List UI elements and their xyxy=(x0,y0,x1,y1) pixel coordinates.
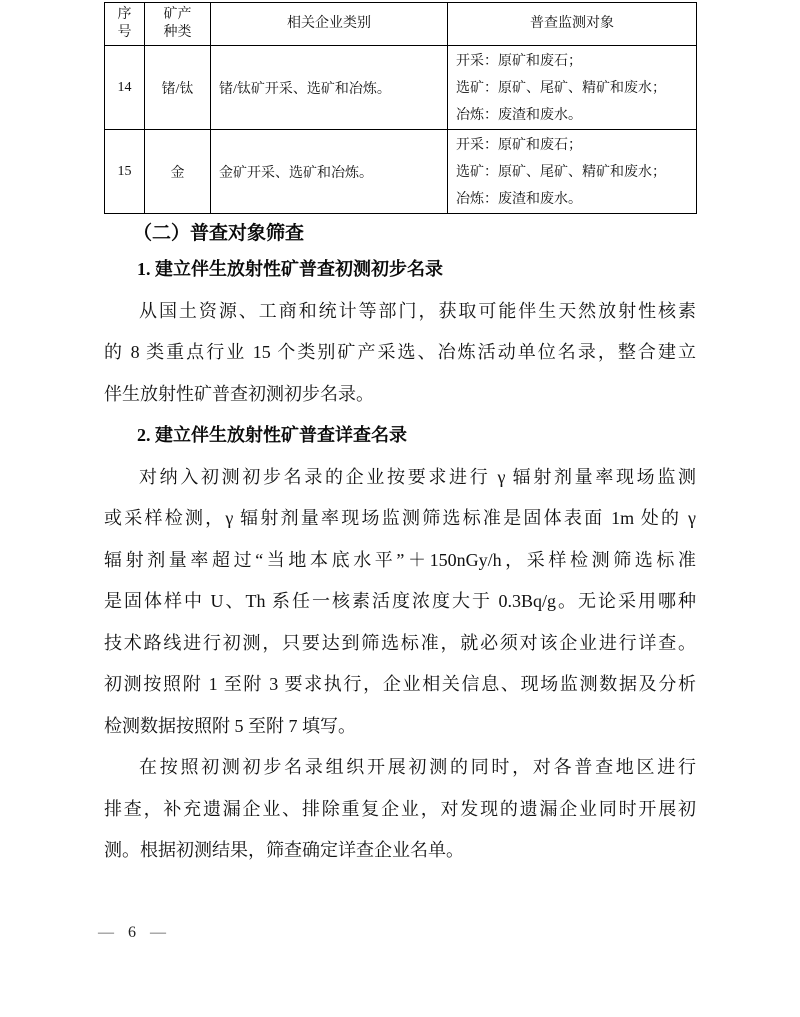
numbered-heading: 1. 建立伴生放射性矿普查初测初步名录 xyxy=(104,249,696,291)
survey-scope-table: 序 号 矿产 种类 相关企业类别 普查监测对象 14 锗/钛 锗/钛矿开采、选矿… xyxy=(104,2,697,214)
footer-left-dash: — xyxy=(98,924,114,941)
para-end: 检测数据按照附 5 至附 7 填写。 xyxy=(104,706,696,748)
header-serial-number: 序 号 xyxy=(105,3,145,46)
para-first: 在按照初测初步名录组织开展初测的同时，对各普查地区进行 xyxy=(104,747,696,789)
target-line: 冶炼：废渣和废水。 xyxy=(456,102,692,129)
header-mineral-type: 矿产 种类 xyxy=(145,3,211,46)
cell-mineral-type: 锗/钛 xyxy=(145,46,211,130)
target-line: 开采：原矿和废石； xyxy=(456,48,692,75)
body-text: （二）普查对象筛查1. 建立伴生放射性矿普查初测初步名录从国土资源、工商和统计等… xyxy=(104,205,696,872)
numbered-heading: 2. 建立伴生放射性矿普查详查名录 xyxy=(104,415,696,457)
table-row: 14 锗/钛 锗/钛矿开采、选矿和冶炼。 开采：原矿和废石； 选矿：原矿、尾矿、… xyxy=(105,46,697,130)
cell-mineral-type: 金 xyxy=(145,130,211,214)
header-survey-target: 普查监测对象 xyxy=(448,3,697,46)
para-mid: 技术路线进行初测，只要达到筛选标准，就必须对该企业进行详查。 xyxy=(104,623,696,665)
para-end: 测。根据初测结果，筛查确定详查企业名单。 xyxy=(104,830,696,872)
para-end: 伴生放射性矿普查初测初步名录。 xyxy=(104,374,696,416)
para-mid: 排查，补充遗漏企业、排除重复企业，对发现的遗漏企业同时开展初 xyxy=(104,789,696,831)
para-mid: 是固体样中 U、Th 系任一核素活度浓度大于 0.3Bq/g。无论采用哪种 xyxy=(104,581,696,623)
document-page: 序 号 矿产 种类 相关企业类别 普查监测对象 14 锗/钛 锗/钛矿开采、选矿… xyxy=(0,0,800,1017)
section-heading: （二）普查对象筛查 xyxy=(104,219,696,249)
para-first: 从国土资源、工商和统计等部门，获取可能伴生天然放射性核素 xyxy=(104,291,696,333)
table-row: 15 金 金矿开采、选矿和冶炼。 开采：原矿和废石； 选矿：原矿、尾矿、精矿和废… xyxy=(105,130,697,214)
target-line: 选矿：原矿、尾矿、精矿和废水； xyxy=(456,159,692,186)
page-number: 6 xyxy=(128,924,136,941)
footer-right-dash: — xyxy=(150,924,166,941)
para-mid: 初测按照附 1 至附 3 要求执行，企业相关信息、现场监测数据及分析 xyxy=(104,664,696,706)
page-footer: —6— xyxy=(98,922,166,944)
para-mid: 辐射剂量率超过“当地本底水平”＋150nGy/h，采样检测筛选标准 xyxy=(104,540,696,582)
cell-enterprise-category: 金矿开采、选矿和冶炼。 xyxy=(211,130,448,214)
cell-enterprise-category: 锗/钛矿开采、选矿和冶炼。 xyxy=(211,46,448,130)
para-mid: 的 8 类重点行业 15 个类别矿产采选、冶炼活动单位名录，整合建立 xyxy=(104,332,696,374)
cell-survey-target: 开采：原矿和废石； 选矿：原矿、尾矿、精矿和废水； 冶炼：废渣和废水。 xyxy=(448,130,697,214)
header-enterprise-category: 相关企业类别 xyxy=(211,3,448,46)
table-header-row: 序 号 矿产 种类 相关企业类别 普查监测对象 xyxy=(105,3,697,46)
cell-survey-target: 开采：原矿和废石； 选矿：原矿、尾矿、精矿和废水； 冶炼：废渣和废水。 xyxy=(448,46,697,130)
para-mid: 或采样检测，γ 辐射剂量率现场监测筛选标准是固体表面 1m 处的 γ xyxy=(104,498,696,540)
target-line: 开采：原矿和废石； xyxy=(456,132,692,159)
cell-serial-number: 14 xyxy=(105,46,145,130)
para-first: 对纳入初测初步名录的企业按要求进行 γ 辐射剂量率现场监测 xyxy=(104,457,696,499)
cell-serial-number: 15 xyxy=(105,130,145,214)
target-line: 选矿：原矿、尾矿、精矿和废水； xyxy=(456,75,692,102)
